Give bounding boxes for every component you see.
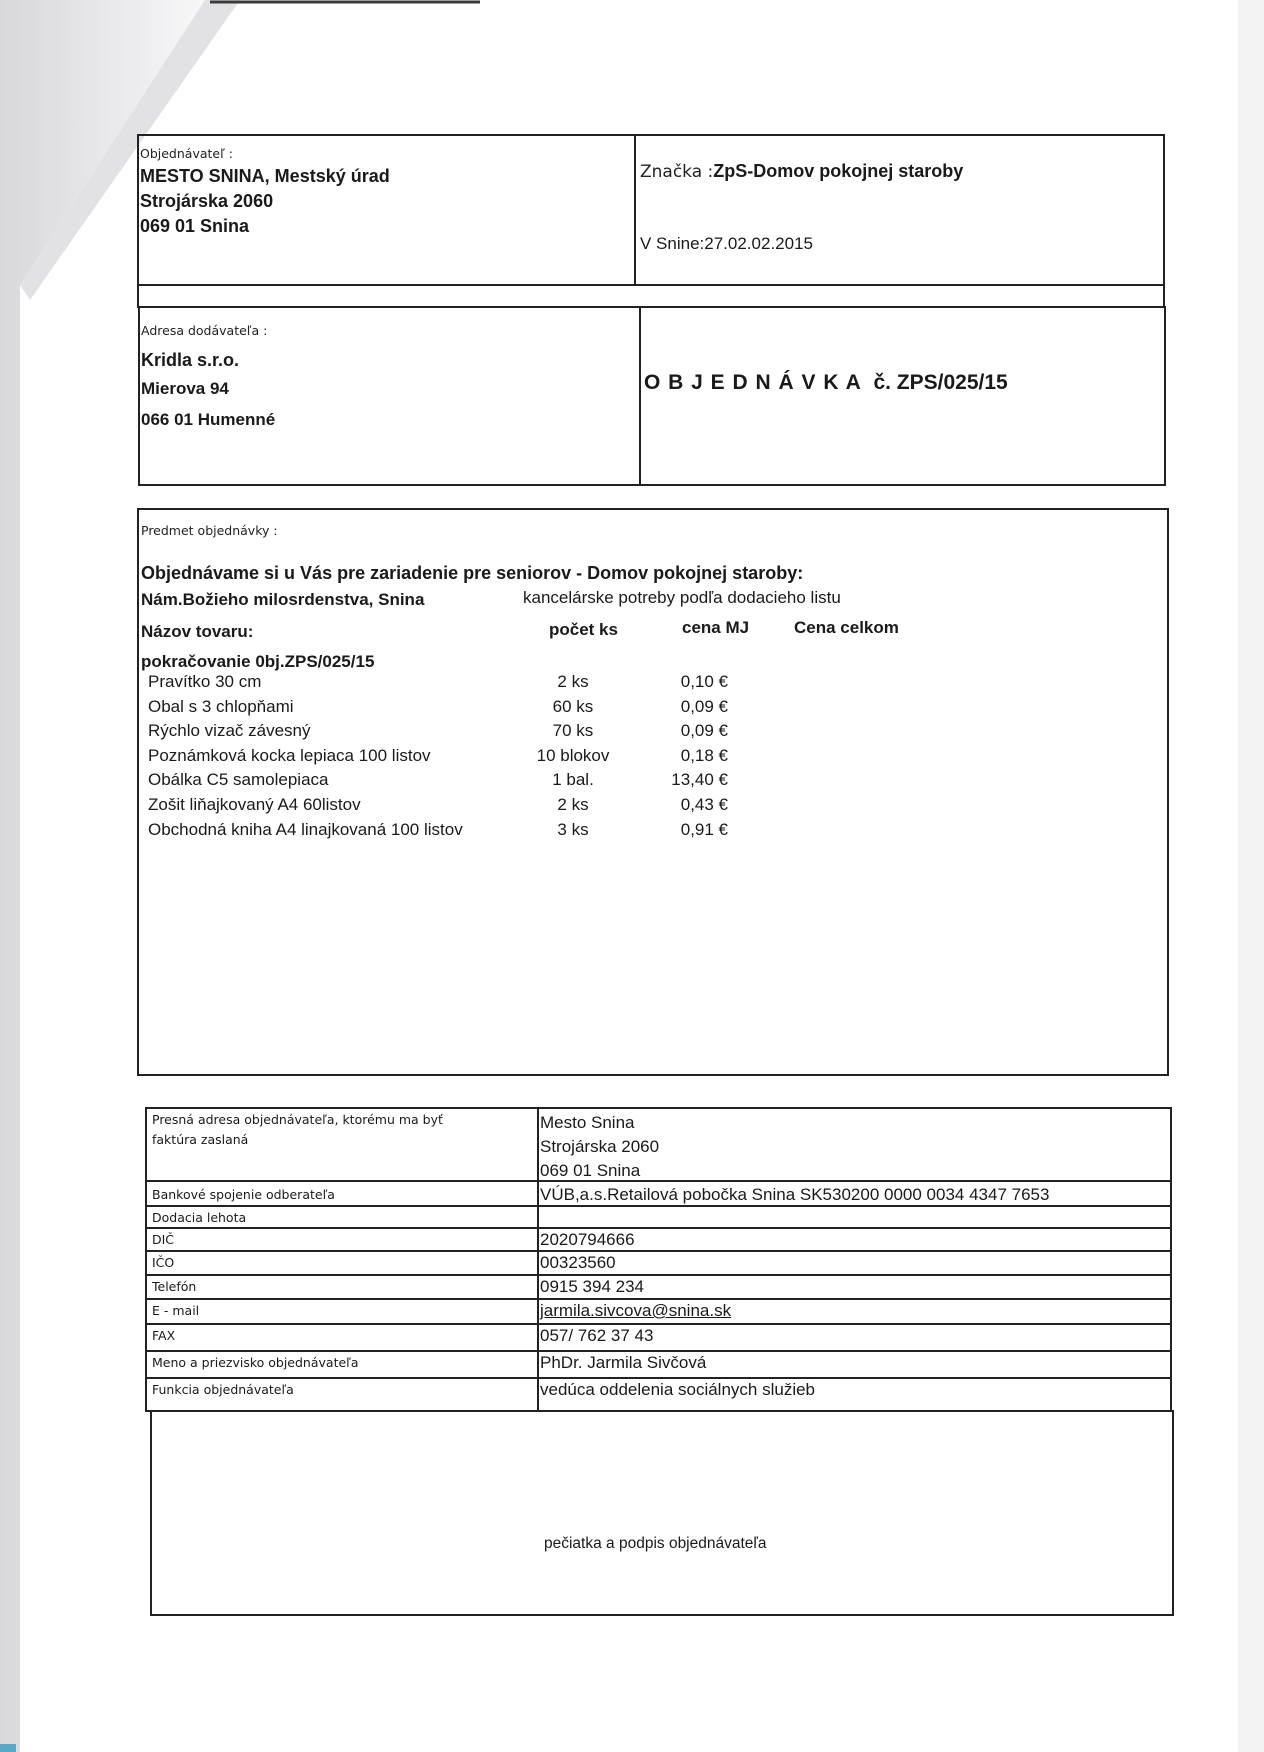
- supplier-label: Adresa dodávateľa :: [141, 323, 267, 338]
- info-value: 00323560: [540, 1253, 616, 1273]
- invoice-address-label: Presná adresa objednávateľa, ktorému ma …: [152, 1112, 443, 1147]
- customer-label: Objednávateľ :: [140, 146, 233, 161]
- order-title-word: O B J E D N Á V K A: [644, 371, 862, 394]
- invoice-address-line-2: Strojárska 2060: [540, 1135, 659, 1159]
- item-unit-price: 0,09 €: [628, 721, 728, 741]
- info-label: E - mail: [152, 1303, 199, 1318]
- info-row-separator: [145, 1350, 1172, 1352]
- signature-label: pečiatka a podpis objednávateľa: [544, 1535, 767, 1553]
- item-unit-price: 0,09 €: [628, 697, 728, 717]
- mark-value: ZpS-Domov pokojnej staroby: [713, 161, 963, 181]
- info-label: Funkcia objednávateľa: [152, 1382, 294, 1397]
- item-row: Obal s 3 chlopňami 60 ks 0,09 €: [148, 697, 768, 722]
- info-label: Meno a priezvisko objednávateľa: [152, 1355, 359, 1370]
- item-name: Obálka C5 samolepiaca: [148, 770, 328, 790]
- item-unit-price: 13,40 €: [628, 770, 728, 790]
- info-row-separator: [145, 1298, 1172, 1300]
- item-row: Obchodná kniha A4 linajkovaná 100 listov…: [148, 820, 768, 845]
- item-qty: 1 bal.: [518, 770, 628, 790]
- invoice-address-line-1: Mesto Snina: [540, 1111, 659, 1135]
- supplier-divider: [639, 306, 641, 486]
- info-row-separator: [145, 1323, 1172, 1325]
- item-name: Zošit liňajkovaný A4 60listov: [148, 795, 361, 815]
- order-title: O B J E D N Á V K A č. ZPS/025/15: [644, 371, 1008, 395]
- info-value: 0915 394 234: [540, 1277, 644, 1297]
- info-label: FAX: [152, 1328, 175, 1343]
- item-name: Obal s 3 chlopňami: [148, 697, 294, 717]
- customer-name: MESTO SNINA, Mestský úrad: [140, 166, 390, 187]
- item-qty: 2 ks: [518, 672, 628, 692]
- item-qty: 70 ks: [518, 721, 628, 741]
- col-header-total: Cena celkom: [794, 618, 899, 638]
- item-qty: 60 ks: [518, 697, 628, 717]
- info-value: vedúca oddelenia sociálnych služieb: [540, 1380, 815, 1400]
- info-value: 057/ 762 37 43: [540, 1326, 653, 1346]
- place-date: V Snine:27.02.02.2015: [640, 234, 813, 254]
- info-row-separator: [145, 1274, 1172, 1276]
- item-name: Pravítko 30 cm: [148, 672, 261, 692]
- item-qty: 10 blokov: [518, 746, 628, 766]
- mark-field: Značka :ZpS-Domov pokojnej staroby: [640, 161, 963, 182]
- col-header-name: Názov tovaru:: [141, 622, 253, 642]
- info-row-separator: [145, 1377, 1172, 1379]
- info-value: 2020794666: [540, 1230, 635, 1250]
- email-link[interactable]: jarmila.sivcova@snina.sk: [540, 1301, 731, 1321]
- item-name: Rýchlo vizač závesný: [148, 721, 311, 741]
- info-value: PhDr. Jarmila Sivčová: [540, 1353, 706, 1373]
- customer-box: [137, 134, 1165, 286]
- customer-divider: [634, 134, 636, 286]
- item-unit-price: 0,91 €: [628, 820, 728, 840]
- customer-street: Strojárska 2060: [140, 191, 273, 212]
- item-row: Rýchlo vizač závesný 70 ks 0,09 €: [148, 721, 768, 746]
- info-label: IČO: [152, 1255, 174, 1270]
- customer-city: 069 01 Snina: [140, 216, 249, 237]
- subject-address: Nám.Božieho milosrdenstva, Snina: [141, 590, 424, 610]
- info-value: VÚB,a.s.Retailová pobočka Snina SK530200…: [540, 1185, 1049, 1205]
- item-qty: 3 ks: [518, 820, 628, 840]
- item-unit-price: 0,18 €: [628, 746, 728, 766]
- col-header-qty: počet ks: [549, 620, 618, 640]
- info-label: Telefón: [152, 1279, 196, 1294]
- info-label: Dodacia lehota: [152, 1210, 246, 1225]
- info-label: Bankové spojenie odberateľa: [152, 1187, 335, 1202]
- supplier-city: 066 01 Humenné: [141, 410, 275, 430]
- invoice-address: Mesto Snina Strojárska 2060 069 01 Snina: [540, 1111, 659, 1183]
- item-row: Poznámková kocka lepiaca 100 listov 10 b…: [148, 746, 768, 771]
- supplier-order-box: [138, 306, 1166, 486]
- info-row-separator: [145, 1205, 1172, 1207]
- subject-note: kancelárske potreby podľa dodacieho list…: [523, 588, 841, 608]
- order-number: č. ZPS/025/15: [873, 371, 1007, 394]
- info-table-divider: [537, 1107, 539, 1412]
- info-label: DIČ: [152, 1232, 174, 1247]
- item-row: Obálka C5 samolepiaca 1 bal. 13,40 €: [148, 770, 768, 795]
- col-header-unit-price: cena MJ: [682, 618, 749, 638]
- item-name: Poznámková kocka lepiaca 100 listov: [148, 746, 431, 766]
- item-row: Pravítko 30 cm 2 ks 0,10 €: [148, 672, 768, 697]
- subject-label: Predmet objednávky :: [141, 523, 278, 538]
- subject-intro: Objednávame si u Vás pre zariadenie pre …: [141, 563, 803, 584]
- supplier-box: [137, 284, 1165, 308]
- info-row-separator: [145, 1180, 1172, 1182]
- supplier-street: Mierova 94: [141, 379, 229, 399]
- signature-box: [150, 1410, 1174, 1616]
- item-unit-price: 0,43 €: [628, 795, 728, 815]
- item-name: Obchodná kniha A4 linajkovaná 100 listov: [148, 820, 463, 840]
- supplier-name: Kridla s.r.o.: [141, 350, 239, 371]
- item-qty: 2 ks: [518, 795, 628, 815]
- mark-label: Značka :: [640, 162, 713, 182]
- continuation-note: pokračovanie 0bj.ZPS/025/15: [141, 652, 374, 672]
- item-unit-price: 0,10 €: [628, 672, 728, 692]
- item-row: Zošit liňajkovaný A4 60listov 2 ks 0,43 …: [148, 795, 768, 820]
- info-row-separator: [145, 1227, 1172, 1229]
- info-row-separator: [145, 1250, 1172, 1252]
